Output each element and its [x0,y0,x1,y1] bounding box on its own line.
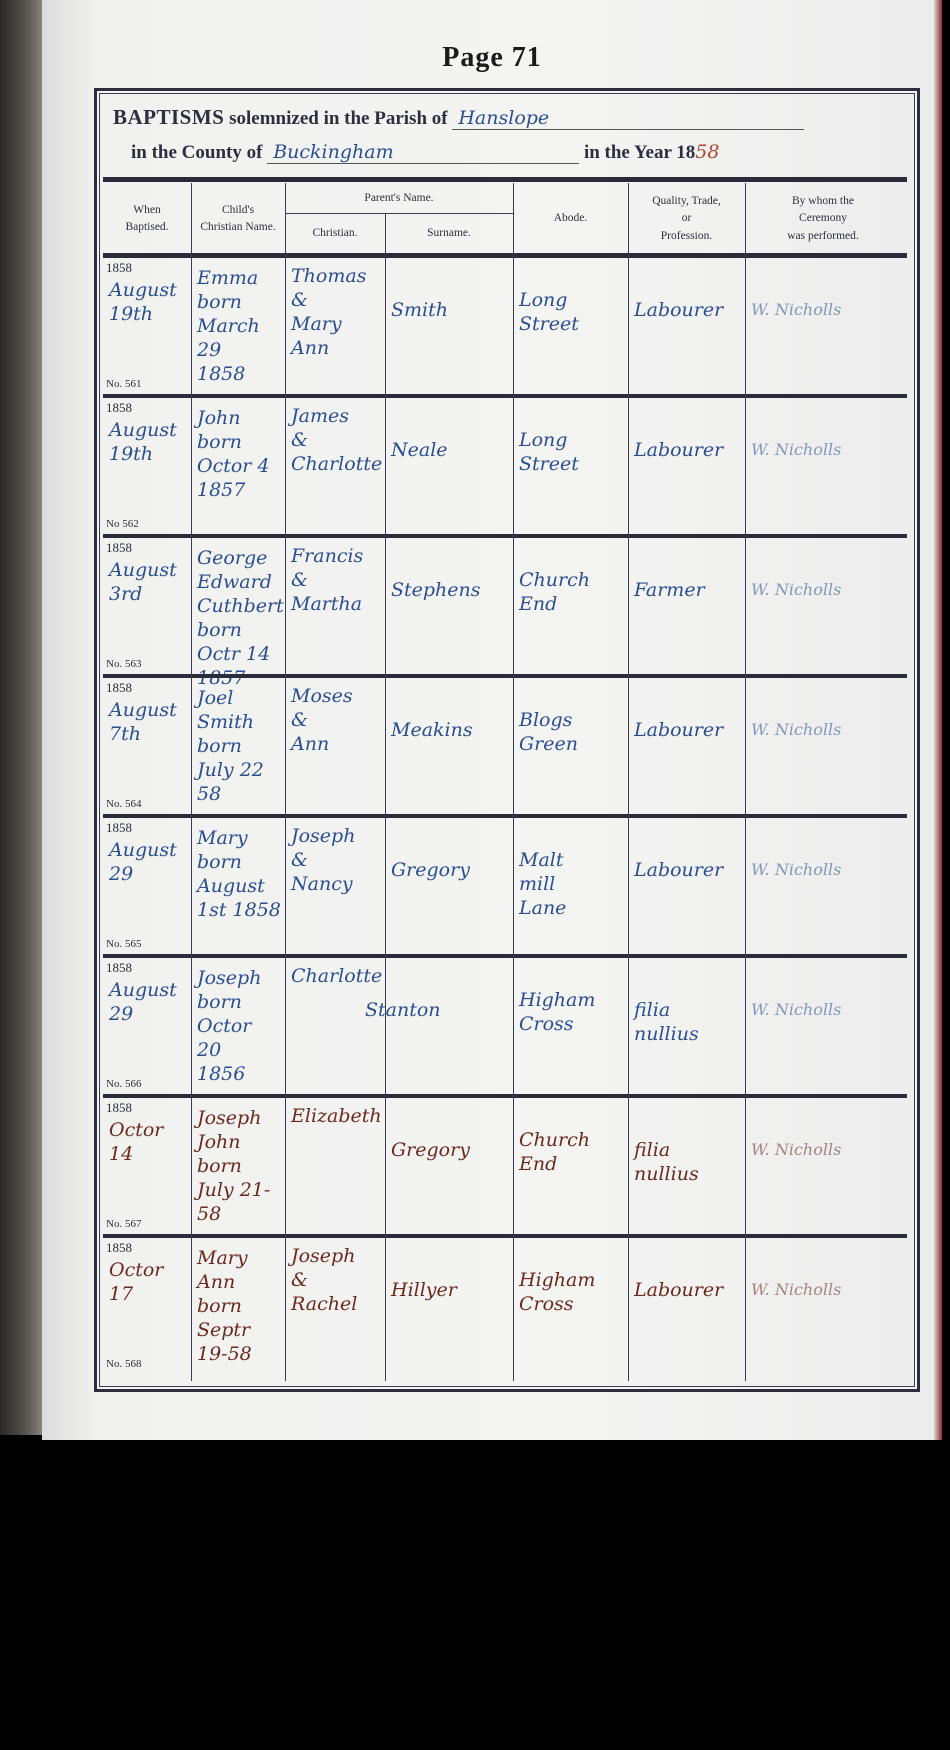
entry-when: August 7th [109,698,187,746]
entry-surname: Gregory [391,858,509,882]
cell-christian: Moses & Ann [285,678,385,813]
entry-quality: Farmer [634,578,741,602]
entry-when: Octor 14 [109,1118,187,1166]
book-spine [0,0,42,1435]
cell-by-whom: W. Nicholls [745,258,901,393]
col-header-when: When Baptised. [103,187,191,251]
entry-by-whom: W. Nicholls [751,858,897,882]
entry-by-whom: W. Nicholls [751,1138,897,1162]
col-header-surname: Surname. [385,215,513,253]
column-divider [745,183,746,1381]
cell-abode: Blogs Green [513,678,628,813]
cell-child: Emma born March 29 1858 [191,258,285,393]
column-divider [285,183,286,1381]
entry-when: August 19th [109,278,187,326]
cell-surname: Stanton [385,958,513,1093]
cell-surname: Gregory [385,818,513,953]
entry-quality: Labourer [634,438,741,462]
entry-surname: Stephens [391,578,509,602]
entry-when: August 19th [109,418,187,466]
entry-by-whom: W. Nicholls [751,438,897,462]
entry-when: August 29 [109,978,187,1026]
entry-quality: Labourer [634,298,741,322]
register-heading: BAPTISMS solemnized in the Parish of Han… [103,97,907,179]
heading-line-county: in the County of Buckingham in the Year … [131,141,719,164]
heading-parish-label: solemnized in the Parish of [229,108,448,129]
cell-when: August 7th [103,678,191,813]
cell-surname: Gregory [385,1098,513,1233]
page-title: Page 71 [42,42,942,74]
entry-by-whom: W. Nicholls [751,718,897,742]
entry-parents-christian: Charlotte [291,964,381,988]
parish-value: Hanslope [452,107,804,130]
entry-by-whom: W. Nicholls [751,578,897,602]
entry-abode: Long Street [519,288,624,336]
column-divider [628,183,629,1381]
column-divider [385,213,386,1381]
page-edge [934,0,942,1440]
entry-child: Mary born August 1st 1858 [197,826,281,922]
cell-christian: Elizabeth [285,1098,385,1233]
entry-child: George Edward Cuthbert born Octr 14 1857 [197,546,281,690]
cell-christian: Joseph & Nancy [285,818,385,953]
entry-parents-christian: Elizabeth [291,1104,381,1128]
cell-child: Mary born August 1st 1858 [191,818,285,953]
entry-when: Octor 17 [109,1258,187,1306]
cell-when: August 29 [103,958,191,1093]
entry-quality: Labourer [634,1278,741,1302]
entry-child: Mary Ann born Septr 19-58 [197,1246,281,1366]
entry-abode: Church End [519,568,624,616]
cell-quality: Labourer [628,258,745,393]
entry-when: August 29 [109,838,187,886]
heading-rule [103,177,907,182]
register-entry: 1858No. 561August 19thEmma born March 29… [103,258,907,393]
entry-abode: Higham Cross [519,1268,624,1316]
entry-quality: Labourer [634,718,741,742]
col-header-parents: Parent's Name. [285,185,513,213]
register-entry: 1858No. 564August 7thJoel Smith born Jul… [103,678,907,813]
cell-by-whom: W. Nicholls [745,678,901,813]
entry-child: Emma born March 29 1858 [197,266,281,386]
entry-abode: Long Street [519,428,624,476]
county-value: Buckingham [267,141,579,164]
entry-quality: Labourer [634,858,741,882]
entry-parents-christian: Moses & Ann [291,684,381,756]
cell-christian: Joseph & Rachel [285,1238,385,1373]
cell-surname: Hillyer [385,1238,513,1373]
col-header-child: Child's Christian Name. [191,187,285,251]
cell-when: Octor 17 [103,1238,191,1373]
entry-parents-christian: Francis & Martha [291,544,381,616]
entry-surname: Meakins [391,718,509,742]
entry-abode: Malt mill Lane [519,848,624,920]
cell-when: August 29 [103,818,191,953]
heading-caps: BAPTISMS [113,105,224,129]
entry-by-whom: W. Nicholls [751,298,897,322]
entry-child: John born Octor 4 1857 [197,406,281,502]
cell-by-whom: W. Nicholls [745,1098,901,1233]
cell-quality: filia nullius [628,958,745,1093]
entry-abode: Church End [519,1128,624,1176]
cell-when: August 19th [103,398,191,533]
cell-quality: Labourer [628,398,745,533]
cell-child: John born Octor 4 1857 [191,398,285,533]
cell-quality: filia nullius [628,1098,745,1233]
cell-quality: Labourer [628,1238,745,1373]
cell-surname: Stephens [385,538,513,673]
entry-parents-christian: Joseph & Rachel [291,1244,381,1316]
cell-by-whom: W. Nicholls [745,538,901,673]
cell-when: August 3rd [103,538,191,673]
entry-quality: filia nullius [634,1138,741,1186]
entry-parents-christian: James & Charlotte [291,404,381,476]
cell-surname: Meakins [385,678,513,813]
register-page: Page 71 BAPTISMS solemnized in the Paris… [42,0,942,1440]
cell-abode: Church End [513,1098,628,1233]
heading-line-parish: BAPTISMS solemnized in the Parish of Han… [113,105,804,130]
cell-quality: Farmer [628,538,745,673]
entry-child: Joel Smith born July 22 58 [197,686,281,806]
entry-by-whom: W. Nicholls [751,998,897,1022]
entry-parents-christian: Thomas & Mary Ann [291,264,381,360]
entry-surname: Stanton [365,998,509,1022]
column-divider [191,183,192,1381]
heading-county-label: in the County of [131,142,262,163]
col-header-christian: Christian. [285,215,385,253]
cell-abode: Higham Cross [513,958,628,1093]
cell-quality: Labourer [628,818,745,953]
entry-surname: Gregory [391,1138,509,1162]
col-header-abode: Abode. [513,187,628,251]
entry-surname: Smith [391,298,509,322]
entry-abode: Higham Cross [519,988,624,1036]
entry-child: Joseph John born July 21-58 [197,1106,281,1226]
cell-abode: Malt mill Lane [513,818,628,953]
cell-quality: Labourer [628,678,745,813]
parents-subheader-rule [285,213,513,214]
cell-when: Octor 14 [103,1098,191,1233]
cell-christian: Charlotte [285,958,385,1093]
col-header-by-whom: By whom the Ceremony was performed. [745,187,901,251]
cell-when: August 19th [103,258,191,393]
cell-christian: Thomas & Mary Ann [285,258,385,393]
entry-parents-christian: Joseph & Nancy [291,824,381,896]
entry-by-whom: W. Nicholls [751,1278,897,1302]
cell-abode: Church End [513,538,628,673]
register-entry: 1858No. 567Octor 14Joseph John born July… [103,1098,907,1233]
register-entry: 1858No. 565August 29Mary born August 1st… [103,818,907,953]
cell-child: Mary Ann born Septr 19-58 [191,1238,285,1373]
entry-when: August 3rd [109,558,187,606]
baptism-register-form: BAPTISMS solemnized in the Parish of Han… [94,88,920,1392]
cell-by-whom: W. Nicholls [745,1238,901,1373]
entry-child: Joseph born Octor 20 1856 [197,966,281,1086]
cell-child: Joseph John born July 21-58 [191,1098,285,1233]
cell-christian: Francis & Martha [285,538,385,673]
register-entry: 1858No. 566August 29Joseph born Octor 20… [103,958,907,1093]
column-divider [513,183,514,1381]
cell-surname: Smith [385,258,513,393]
entry-surname: Hillyer [391,1278,509,1302]
register-entry: 1858No. 563August 3rdGeorge Edward Cuthb… [103,538,907,673]
cell-by-whom: W. Nicholls [745,818,901,953]
year-value: 58 [695,141,719,163]
register-entry: 1858No 562August 19thJohn born Octor 4 1… [103,398,907,533]
cell-child: Joel Smith born July 22 58 [191,678,285,813]
cell-child: Joseph born Octor 20 1856 [191,958,285,1093]
entry-surname: Neale [391,438,509,462]
cell-abode: Long Street [513,398,628,533]
heading-year-label: in the Year 18 [584,142,695,163]
cell-child: George Edward Cuthbert born Octr 14 1857 [191,538,285,673]
cell-christian: James & Charlotte [285,398,385,533]
entry-abode: Blogs Green [519,708,624,756]
cell-abode: Long Street [513,258,628,393]
cell-surname: Neale [385,398,513,533]
cell-by-whom: W. Nicholls [745,958,901,1093]
cell-abode: Higham Cross [513,1238,628,1373]
cell-by-whom: W. Nicholls [745,398,901,533]
register-entry: 1858No. 568Octor 17Mary Ann born Septr 1… [103,1238,907,1373]
entry-quality: filia nullius [634,998,741,1046]
col-header-quality: Quality, Trade, or Profession. [628,187,745,251]
